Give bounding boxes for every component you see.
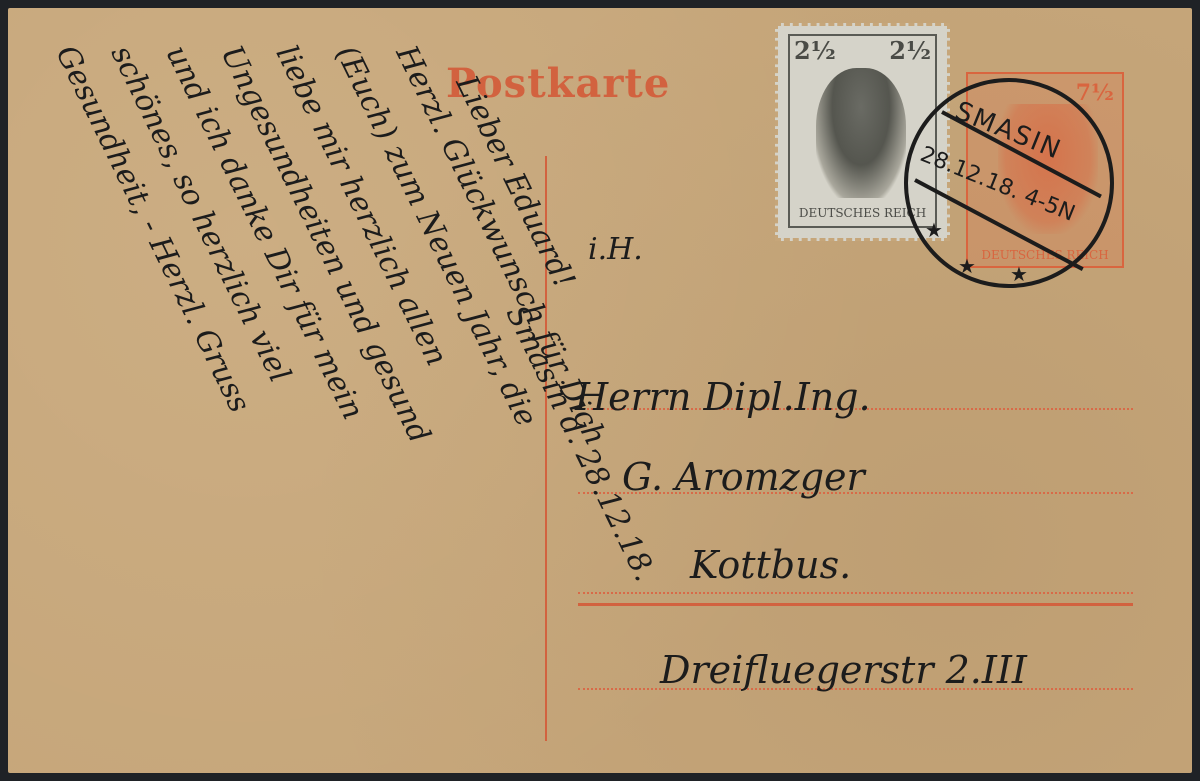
address-street: Dreifluegerstr 2.III	[660, 648, 1027, 692]
address-line-3	[578, 592, 1133, 594]
address-name: G. Aromzger	[622, 455, 865, 499]
stamp-value: 7½	[1076, 80, 1114, 106]
address-city: Kottbus.	[690, 543, 851, 587]
stamp-value-right: 2½	[889, 36, 931, 65]
stamp-value-left: 2½	[794, 36, 836, 65]
address-name-title: Herrn Dipl.Ing.	[575, 375, 871, 419]
star-icon: ★	[1010, 262, 1028, 286]
star-icon: ★	[925, 218, 943, 242]
germania-portrait-icon	[816, 68, 906, 198]
address-prefix: i.H.	[588, 232, 643, 267]
address-line-solid	[578, 603, 1133, 606]
star-icon: ★	[958, 254, 976, 278]
